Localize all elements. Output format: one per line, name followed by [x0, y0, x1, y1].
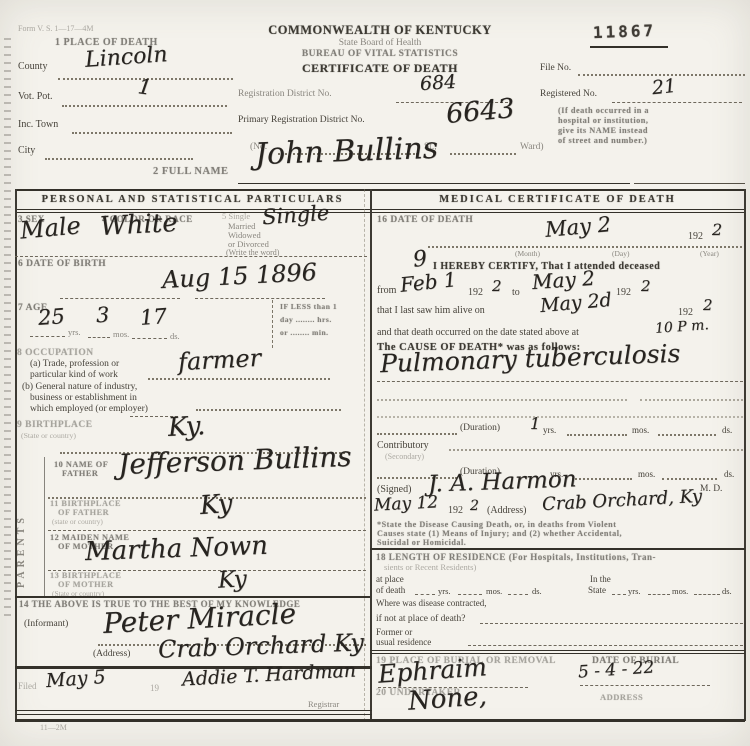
filed-label: Filed — [18, 682, 37, 691]
day-label: (Day) — [612, 250, 630, 258]
year-label: (Year) — [700, 250, 719, 258]
rule — [15, 596, 370, 598]
rule — [72, 132, 232, 134]
burial-date-value: 5 - 4 - 22 — [577, 659, 654, 682]
marital-value: Single — [261, 202, 330, 229]
birthplace-value: Ky. — [167, 413, 206, 442]
rule — [744, 189, 746, 721]
city-label: City — [18, 146, 35, 157]
md-label: M. D. — [700, 485, 722, 495]
rule — [45, 158, 193, 160]
residence-months-unit: mos. — [486, 587, 502, 596]
registered-no-value: 21 — [651, 77, 677, 99]
occupation-b-line1: (b) General nature of industry, — [22, 383, 137, 393]
rule — [370, 653, 745, 654]
rule — [662, 478, 717, 480]
bureau-subtitle: BUREAU OF VITAL STATISTICS — [240, 50, 520, 60]
rule — [132, 338, 167, 339]
rule — [370, 548, 745, 550]
signed-year-print: 192 — [448, 506, 463, 517]
duration-years-value: 1 — [530, 416, 540, 433]
rule — [370, 212, 745, 213]
rule — [468, 645, 743, 646]
sex-value: Male — [19, 213, 82, 243]
if-not-at-place-text: if not at place of death? — [376, 615, 465, 625]
rule — [590, 46, 668, 48]
age-months-value: 3 — [95, 304, 110, 327]
rule — [694, 594, 720, 595]
inc-town-label: Inc. Town — [18, 120, 58, 131]
print-code: 11—2M — [40, 724, 67, 732]
vot-pot-value: 1 — [137, 75, 153, 99]
rule — [15, 710, 372, 711]
signed-date-value: May 12 — [374, 494, 439, 515]
state-years-unit: yrs. — [628, 587, 641, 596]
dob-label: 6 DATE OF BIRTH — [18, 260, 106, 270]
age-days-value: 17 — [139, 305, 167, 329]
age-months-unit: mos. — [113, 330, 129, 339]
age-years-value: 25 — [37, 305, 65, 329]
in-the-label: In the — [590, 575, 611, 584]
primary-district-label: Primary Registration District No. — [238, 116, 365, 126]
rule — [238, 183, 630, 184]
registered-no-label: Registered No. — [540, 90, 597, 100]
rule — [30, 336, 65, 337]
vot-pot-label: Vot. Pot. — [18, 92, 53, 103]
last-saw-year-hw: 2 — [703, 298, 713, 314]
state-label: State — [588, 586, 606, 595]
dod-year-print: 192 — [688, 232, 703, 243]
rule — [612, 594, 626, 595]
county-value: Lincoln — [84, 43, 168, 72]
registrar-label: Registrar — [308, 700, 339, 709]
rule — [62, 105, 227, 107]
rule — [88, 337, 110, 338]
birthplace-hint: (State or country) — [21, 432, 76, 440]
rule — [658, 434, 716, 436]
rule — [48, 530, 366, 531]
parents-vertical-label: PARENTS — [17, 478, 28, 588]
if-less-line1: IF LESS than 1 — [280, 303, 337, 311]
occupation-a-line1: (a) Trade, profession or — [30, 360, 119, 370]
rule — [15, 719, 745, 722]
primary-district-value: 6643 — [445, 95, 516, 129]
rule — [44, 457, 45, 597]
dod-year-hw: 2 — [712, 222, 722, 239]
mother-name-value: Martha Nown — [85, 533, 269, 567]
where-contracted-text: Where was disease contracted, — [376, 599, 486, 608]
rule — [572, 478, 632, 480]
rule — [15, 256, 367, 257]
medical-section-title: MEDICAL CERTIFICATE OF DEATH — [370, 194, 745, 205]
residence-heading-line2: sients or Recent Residents) — [384, 563, 476, 572]
certificate-number-stamp: 11867 — [593, 23, 657, 42]
from-year-print: 192 — [468, 288, 483, 299]
mother-birthplace-value: Ky — [217, 567, 247, 593]
filed-year-print: 19 — [150, 684, 159, 693]
form-code: Form V. S. 1—17—4M — [18, 25, 94, 33]
rule — [640, 399, 743, 401]
registration-district-label: Registration District No. — [238, 90, 332, 100]
rule — [15, 189, 745, 191]
rule — [272, 300, 273, 348]
hospital-note-line1: (If death occurred in a — [558, 107, 649, 116]
residence-years-unit: yrs. — [438, 587, 451, 596]
rule — [370, 209, 745, 210]
to-label: to — [512, 288, 520, 299]
hospital-note-line3: give its NAME instead — [558, 127, 648, 136]
full-name-label: 2 FULL NAME — [153, 166, 229, 177]
if-less-line3: or ........ min. — [280, 329, 329, 337]
duration2-months-unit: mos. — [638, 470, 655, 479]
last-saw-year-print: 192 — [678, 308, 693, 319]
duration-months-unit: mos. — [632, 426, 649, 435]
rule — [377, 381, 743, 382]
age-years-unit: yrs. — [68, 328, 81, 337]
death-occurred-text: and that death occurred on the date stat… — [377, 328, 579, 339]
rule — [567, 434, 627, 436]
rule — [415, 594, 435, 595]
signed-year-hw: 2 — [470, 499, 479, 514]
secondary-label: (Secondary) — [385, 453, 424, 461]
if-less-line2: day ........ hrs. — [280, 316, 332, 324]
rule — [428, 246, 742, 248]
last-saw-text: that I last saw him alive on — [377, 306, 485, 317]
date-of-death-label: 16 DATE OF DEATH — [377, 216, 473, 226]
father-name-label-line2: FATHER — [62, 470, 98, 479]
rule — [634, 183, 745, 184]
rule — [377, 399, 627, 401]
to-year-hw: 2 — [641, 279, 651, 295]
physician-address-value: Crab Orchard, Ky — [542, 488, 703, 515]
undertaker-address-label: ADDRESS — [600, 693, 643, 702]
rule — [364, 189, 365, 721]
to-year-print: 192 — [616, 288, 631, 299]
from-label: from — [377, 286, 396, 297]
state-days-unit: ds. — [722, 587, 732, 596]
age-days-unit: ds. — [170, 332, 180, 341]
file-no-label: File No. — [540, 64, 571, 74]
rule — [612, 102, 742, 103]
rule — [377, 416, 743, 418]
of-death-label: of death — [376, 586, 405, 595]
rule — [449, 449, 743, 451]
rule — [458, 594, 482, 595]
rule — [580, 685, 710, 686]
rule — [148, 378, 330, 380]
duration-days-unit: ds. — [722, 426, 732, 435]
rule — [508, 594, 528, 595]
marital-option-single: 5 Single — [222, 212, 250, 221]
rule — [15, 714, 372, 715]
father-birthplace-value: Ky — [199, 491, 233, 520]
last-saw-value: May 2d — [539, 291, 612, 317]
commonwealth-title: COMMONWEALTH OF KENTUCKY — [240, 24, 520, 37]
rule — [196, 409, 341, 411]
occupation-b-line3: which employed (or employer) — [30, 405, 148, 415]
full-name-value: John Bullins — [255, 133, 439, 171]
rule — [195, 298, 325, 299]
birthplace-label: 9 BIRTHPLACE — [17, 421, 93, 431]
rule — [60, 298, 180, 299]
rule — [648, 594, 670, 595]
hospital-note-line4: of street and number.) — [558, 137, 647, 146]
ward-label: Ward) — [520, 143, 544, 153]
duration-years-unit: yrs. — [543, 426, 556, 435]
residence-days-unit: ds. — [532, 587, 542, 596]
informant-address-label: (Address) — [93, 650, 130, 660]
duration2-days-unit: ds. — [724, 470, 734, 479]
at-place-label: at place — [376, 575, 404, 584]
rule — [480, 623, 743, 624]
father-birthplace-hint: (state or country) — [52, 518, 103, 526]
attended-from-value: Feb 1 — [399, 269, 457, 296]
physician-address-label: (Address) — [487, 506, 526, 517]
occupation-label: 8 OCCUPATION — [17, 349, 94, 359]
rule — [377, 433, 457, 435]
undertaker-value: None, — [407, 683, 488, 716]
county-label: County — [18, 62, 47, 73]
race-value: White — [99, 210, 178, 241]
filed-date-value: May 5 — [45, 668, 106, 692]
scan-margin-marks — [4, 38, 11, 618]
contributory-label: Contributory — [377, 441, 429, 452]
from-year-hw: 2 — [492, 279, 502, 295]
father-name-value: Jefferson Bullins — [118, 442, 353, 480]
certificate-title: CERTIFICATE OF DEATH — [240, 62, 520, 75]
occupation-a-line2: particular kind of work — [30, 371, 118, 381]
footnote-line3: Suicidal or Homicidal. — [377, 539, 466, 548]
rule — [450, 153, 516, 155]
hospital-note-line2: hospital or institution, — [558, 117, 648, 126]
rule — [15, 189, 17, 721]
informant-label: (Informant) — [24, 620, 68, 630]
attended-to-value: May 2 — [531, 268, 595, 293]
occupation-value: farmer — [177, 346, 261, 376]
state-board-subtitle: State Board of Health — [240, 39, 520, 49]
certify-item-number-mark: 9 — [412, 247, 428, 271]
date-of-death-value: May 2 — [544, 213, 612, 241]
column-divider — [370, 189, 372, 721]
death-certificate-scan: Form V. S. 1—17—4M 1 PLACE OF DEATH Coun… — [0, 0, 750, 746]
death-time-value: 10 P m. — [655, 318, 710, 336]
dob-value: Aug 15 1896 — [161, 260, 317, 293]
rule — [370, 650, 745, 651]
registration-district-value: 684 — [419, 73, 457, 95]
duration-label: (Duration) — [460, 424, 500, 434]
former-residence-line2: usual residence — [376, 638, 431, 647]
physician-signature: J. A. Harmon — [428, 467, 577, 496]
occupation-b-line2: business or establishment in — [30, 394, 137, 404]
state-months-unit: mos. — [672, 587, 688, 596]
month-label: (Month) — [515, 250, 540, 258]
informant-address-value: Crab Orchard Ky — [158, 630, 365, 662]
